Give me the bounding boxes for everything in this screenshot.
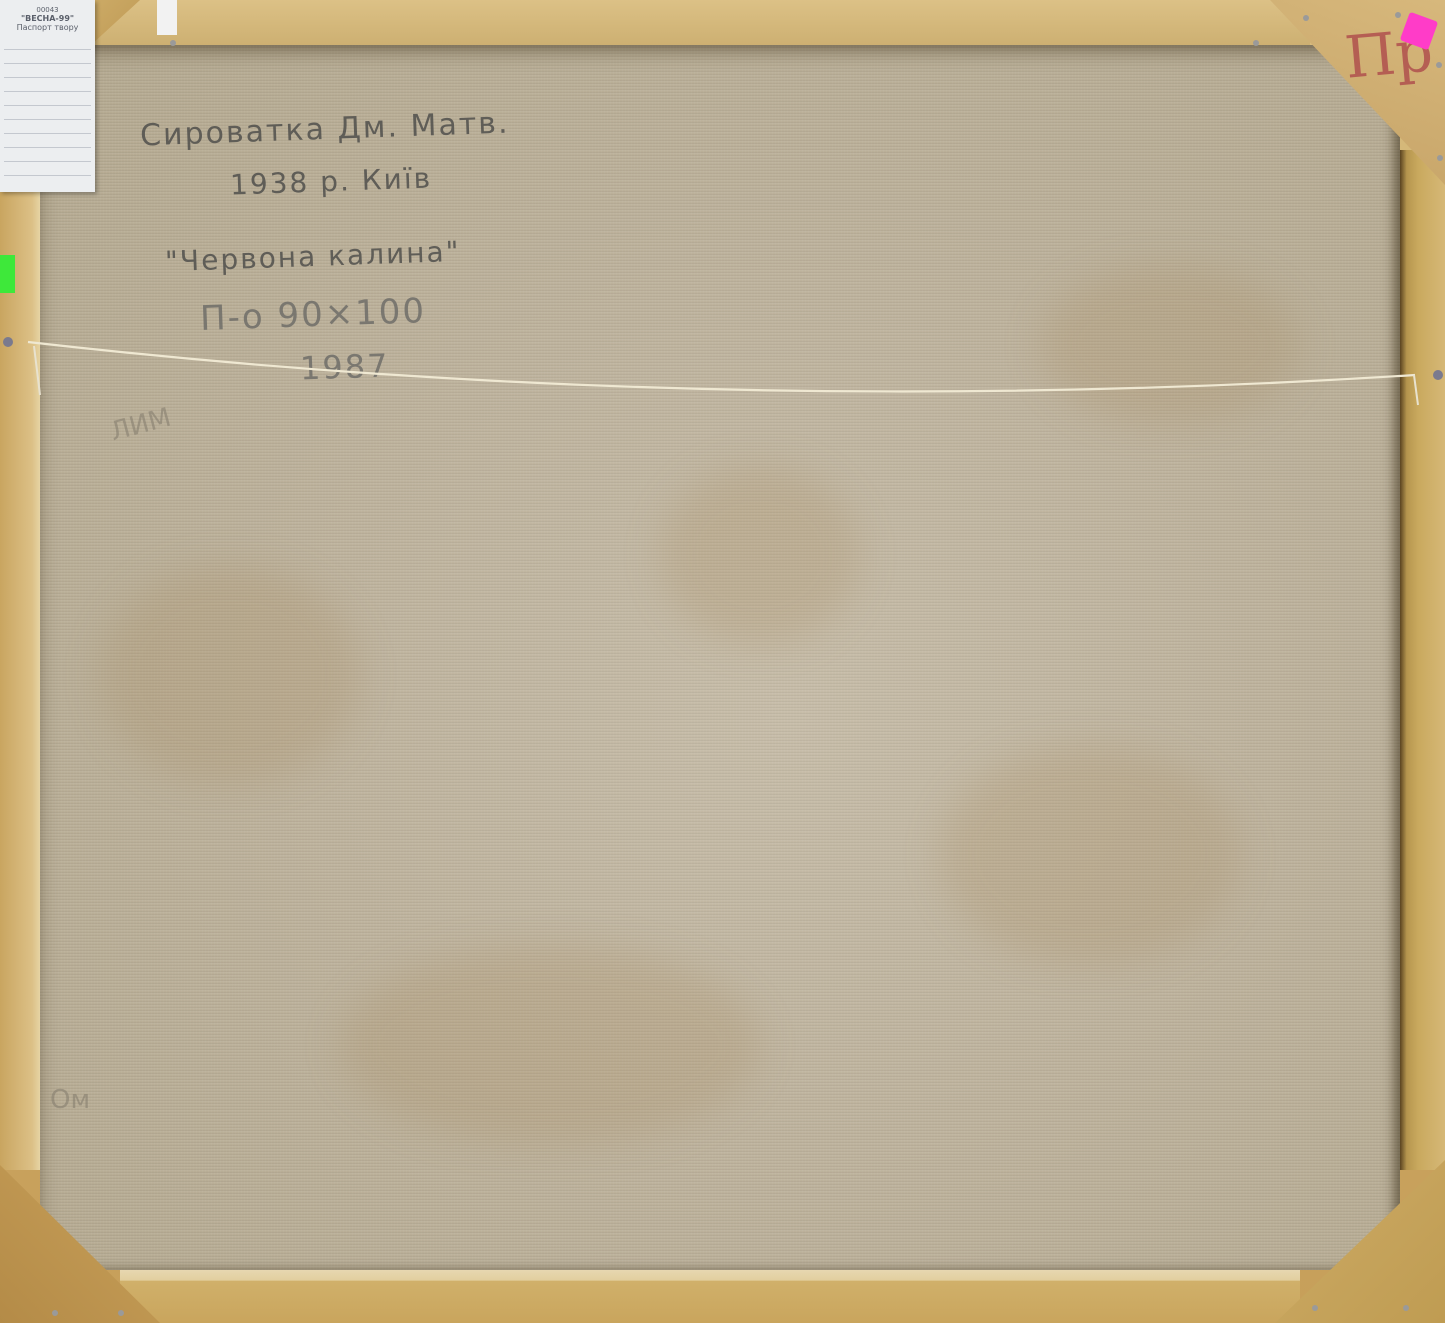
label-number: 00043	[4, 6, 91, 14]
canvas-back	[40, 45, 1400, 1270]
inscription-birth: 1938 р. Київ	[229, 161, 432, 201]
label-title: "ВЕСНА-99"	[4, 14, 91, 23]
stain	[660, 465, 860, 645]
stain	[100, 565, 360, 785]
frame-bar-bottom	[120, 1268, 1300, 1323]
screw	[170, 40, 176, 46]
small-paper-tag	[157, 0, 177, 35]
screw	[1395, 12, 1401, 18]
faint-mark: Ом	[50, 1085, 90, 1115]
hanging-wire	[10, 340, 1430, 410]
screw	[1303, 15, 1309, 21]
label-subtitle: Паспорт твору	[4, 23, 91, 32]
green-sticker	[0, 255, 15, 293]
screw	[1253, 40, 1259, 46]
screw	[1312, 1305, 1318, 1311]
wire-hook-left	[3, 337, 13, 347]
wire-hook-right	[1433, 370, 1443, 380]
screw	[1436, 62, 1442, 68]
inscription-dimensions: П-о 90×100	[199, 291, 426, 339]
passport-label: 00043 "ВЕСНА-99" Паспорт твору	[0, 0, 95, 192]
screw	[1437, 155, 1443, 161]
stain	[940, 745, 1240, 965]
screw	[52, 1310, 58, 1316]
screw	[118, 1310, 124, 1316]
screw	[1403, 1305, 1409, 1311]
frame-bar-right	[1400, 150, 1445, 1170]
frame-bar-left	[0, 180, 40, 1170]
frame-bar-top	[95, 0, 1310, 48]
stain	[340, 945, 760, 1145]
